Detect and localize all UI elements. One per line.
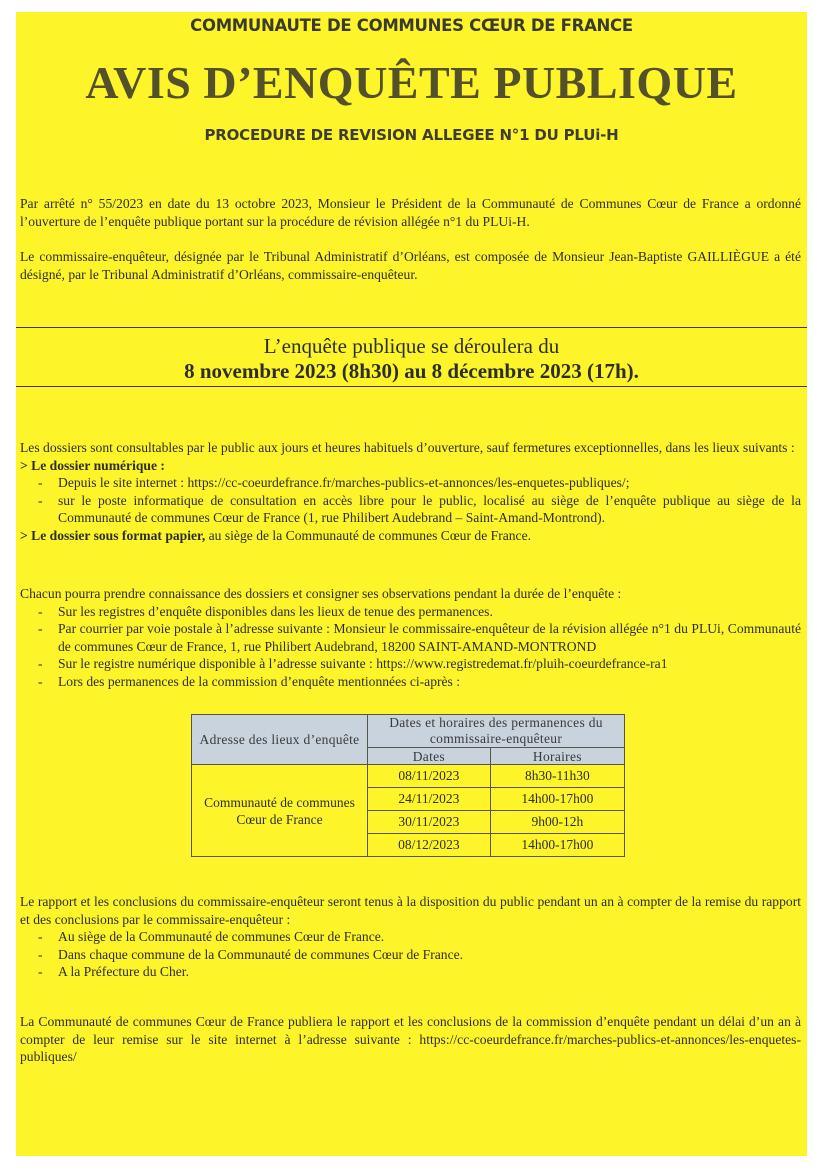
report-section: Le rapport et les conclusions du commiss… — [20, 893, 801, 981]
dash-bullet: - — [38, 946, 43, 964]
divider-bottom — [16, 386, 807, 387]
dossiers-intro: Les dossiers sont consultables par le pu… — [20, 439, 801, 457]
hours-cell: 14h00-17h00 — [490, 834, 624, 857]
list-item: -Dans chaque commune de la Communauté de… — [38, 946, 801, 964]
publication-paragraph: La Communauté de communes Cœur de France… — [20, 1013, 801, 1066]
public-notice-page: COMMUNAUTE DE COMMUNES CŒUR DE FRANCE AV… — [16, 12, 807, 1156]
organization-name: COMMUNAUTE DE COMMUNES CŒUR DE FRANCE — [16, 16, 807, 35]
report-intro: Le rapport et les conclusions du commiss… — [20, 893, 801, 928]
header-address: Adresse des lieux d’enquête — [192, 715, 368, 765]
header-hours: Horaires — [490, 748, 624, 765]
decree-paragraph: Par arrêté n° 55/2023 en date du 13 octo… — [20, 195, 801, 230]
procedure-subtitle: PROCEDURE DE REVISION ALLEGEE N°1 DU PLU… — [16, 126, 807, 144]
list-item: -Depuis le site internet : https://cc-co… — [38, 474, 801, 492]
notice-title: AVIS D’ENQUÊTE PUBLIQUE — [16, 56, 807, 109]
dash-bullet: - — [38, 963, 43, 981]
dash-bullet: - — [38, 655, 43, 673]
dash-bullet: - — [38, 928, 43, 946]
dossiers-section: Les dossiers sont consultables par le pu… — [20, 439, 801, 544]
list-item: -Lors des permanences de la commission d… — [38, 673, 801, 691]
date-cell: 24/11/2023 — [368, 788, 491, 811]
paper-dossier-label: > Le dossier sous format papier, — [20, 528, 205, 543]
list-item: -A la Préfecture du Cher. — [38, 963, 801, 981]
paper-dossier-text: au siège de la Communauté de communes Cœ… — [205, 528, 531, 543]
inquiry-period-dates: 8 novembre 2023 (8h30) au 8 décembre 202… — [16, 359, 807, 384]
dash-bullet: - — [38, 492, 43, 510]
paper-dossier-line: > Le dossier sous format papier, au sièg… — [20, 527, 801, 545]
dash-bullet: - — [38, 673, 43, 691]
digital-dossier-list: -Depuis le site internet : https://cc-co… — [20, 474, 801, 527]
permanences-table: Adresse des lieux d’enquête Dates et hor… — [191, 714, 625, 857]
hours-cell: 14h00-17h00 — [490, 788, 624, 811]
observations-list: -Sur les registres d’enquête disponibles… — [20, 603, 801, 691]
list-item: -Au siège de la Communauté de communes C… — [38, 928, 801, 946]
dash-bullet: - — [38, 603, 43, 621]
header-dates: Dates — [368, 748, 491, 765]
location-cell: Communauté de communes Cœur de France — [192, 765, 368, 857]
list-item: -Sur le registre numérique disponible à … — [38, 655, 801, 673]
header-dates-and-hours: Dates et horaires des permanences du com… — [368, 715, 625, 748]
date-cell: 08/11/2023 — [368, 765, 491, 788]
list-item: -sur le poste informatique de consultati… — [38, 492, 801, 527]
hours-cell: 9h00-12h — [490, 811, 624, 834]
list-item: -Par courrier par voie postale à l’adres… — [38, 620, 801, 655]
digital-dossier-label: > Le dossier numérique : — [20, 457, 801, 475]
table-row: Communauté de communes Cœur de France 08… — [192, 765, 625, 788]
dash-bullet: - — [38, 620, 43, 638]
divider-top — [16, 327, 807, 328]
observations-section: Chacun pourra prendre connaissance des d… — [20, 585, 801, 690]
hours-cell: 8h30-11h30 — [490, 765, 624, 788]
observations-intro: Chacun pourra prendre connaissance des d… — [20, 585, 801, 603]
permanences-table-container: Adresse des lieux d’enquête Dates et hor… — [191, 714, 625, 857]
dash-bullet: - — [38, 474, 43, 492]
report-locations-list: -Au siège de la Communauté de communes C… — [20, 928, 801, 981]
date-cell: 08/12/2023 — [368, 834, 491, 857]
date-cell: 30/11/2023 — [368, 811, 491, 834]
list-item: -Sur les registres d’enquête disponibles… — [38, 603, 801, 621]
inquiry-period-intro: L’enquête publique se déroulera du — [16, 334, 807, 359]
commissioner-paragraph: Le commissaire-enquêteur, désignée par l… — [20, 248, 801, 283]
